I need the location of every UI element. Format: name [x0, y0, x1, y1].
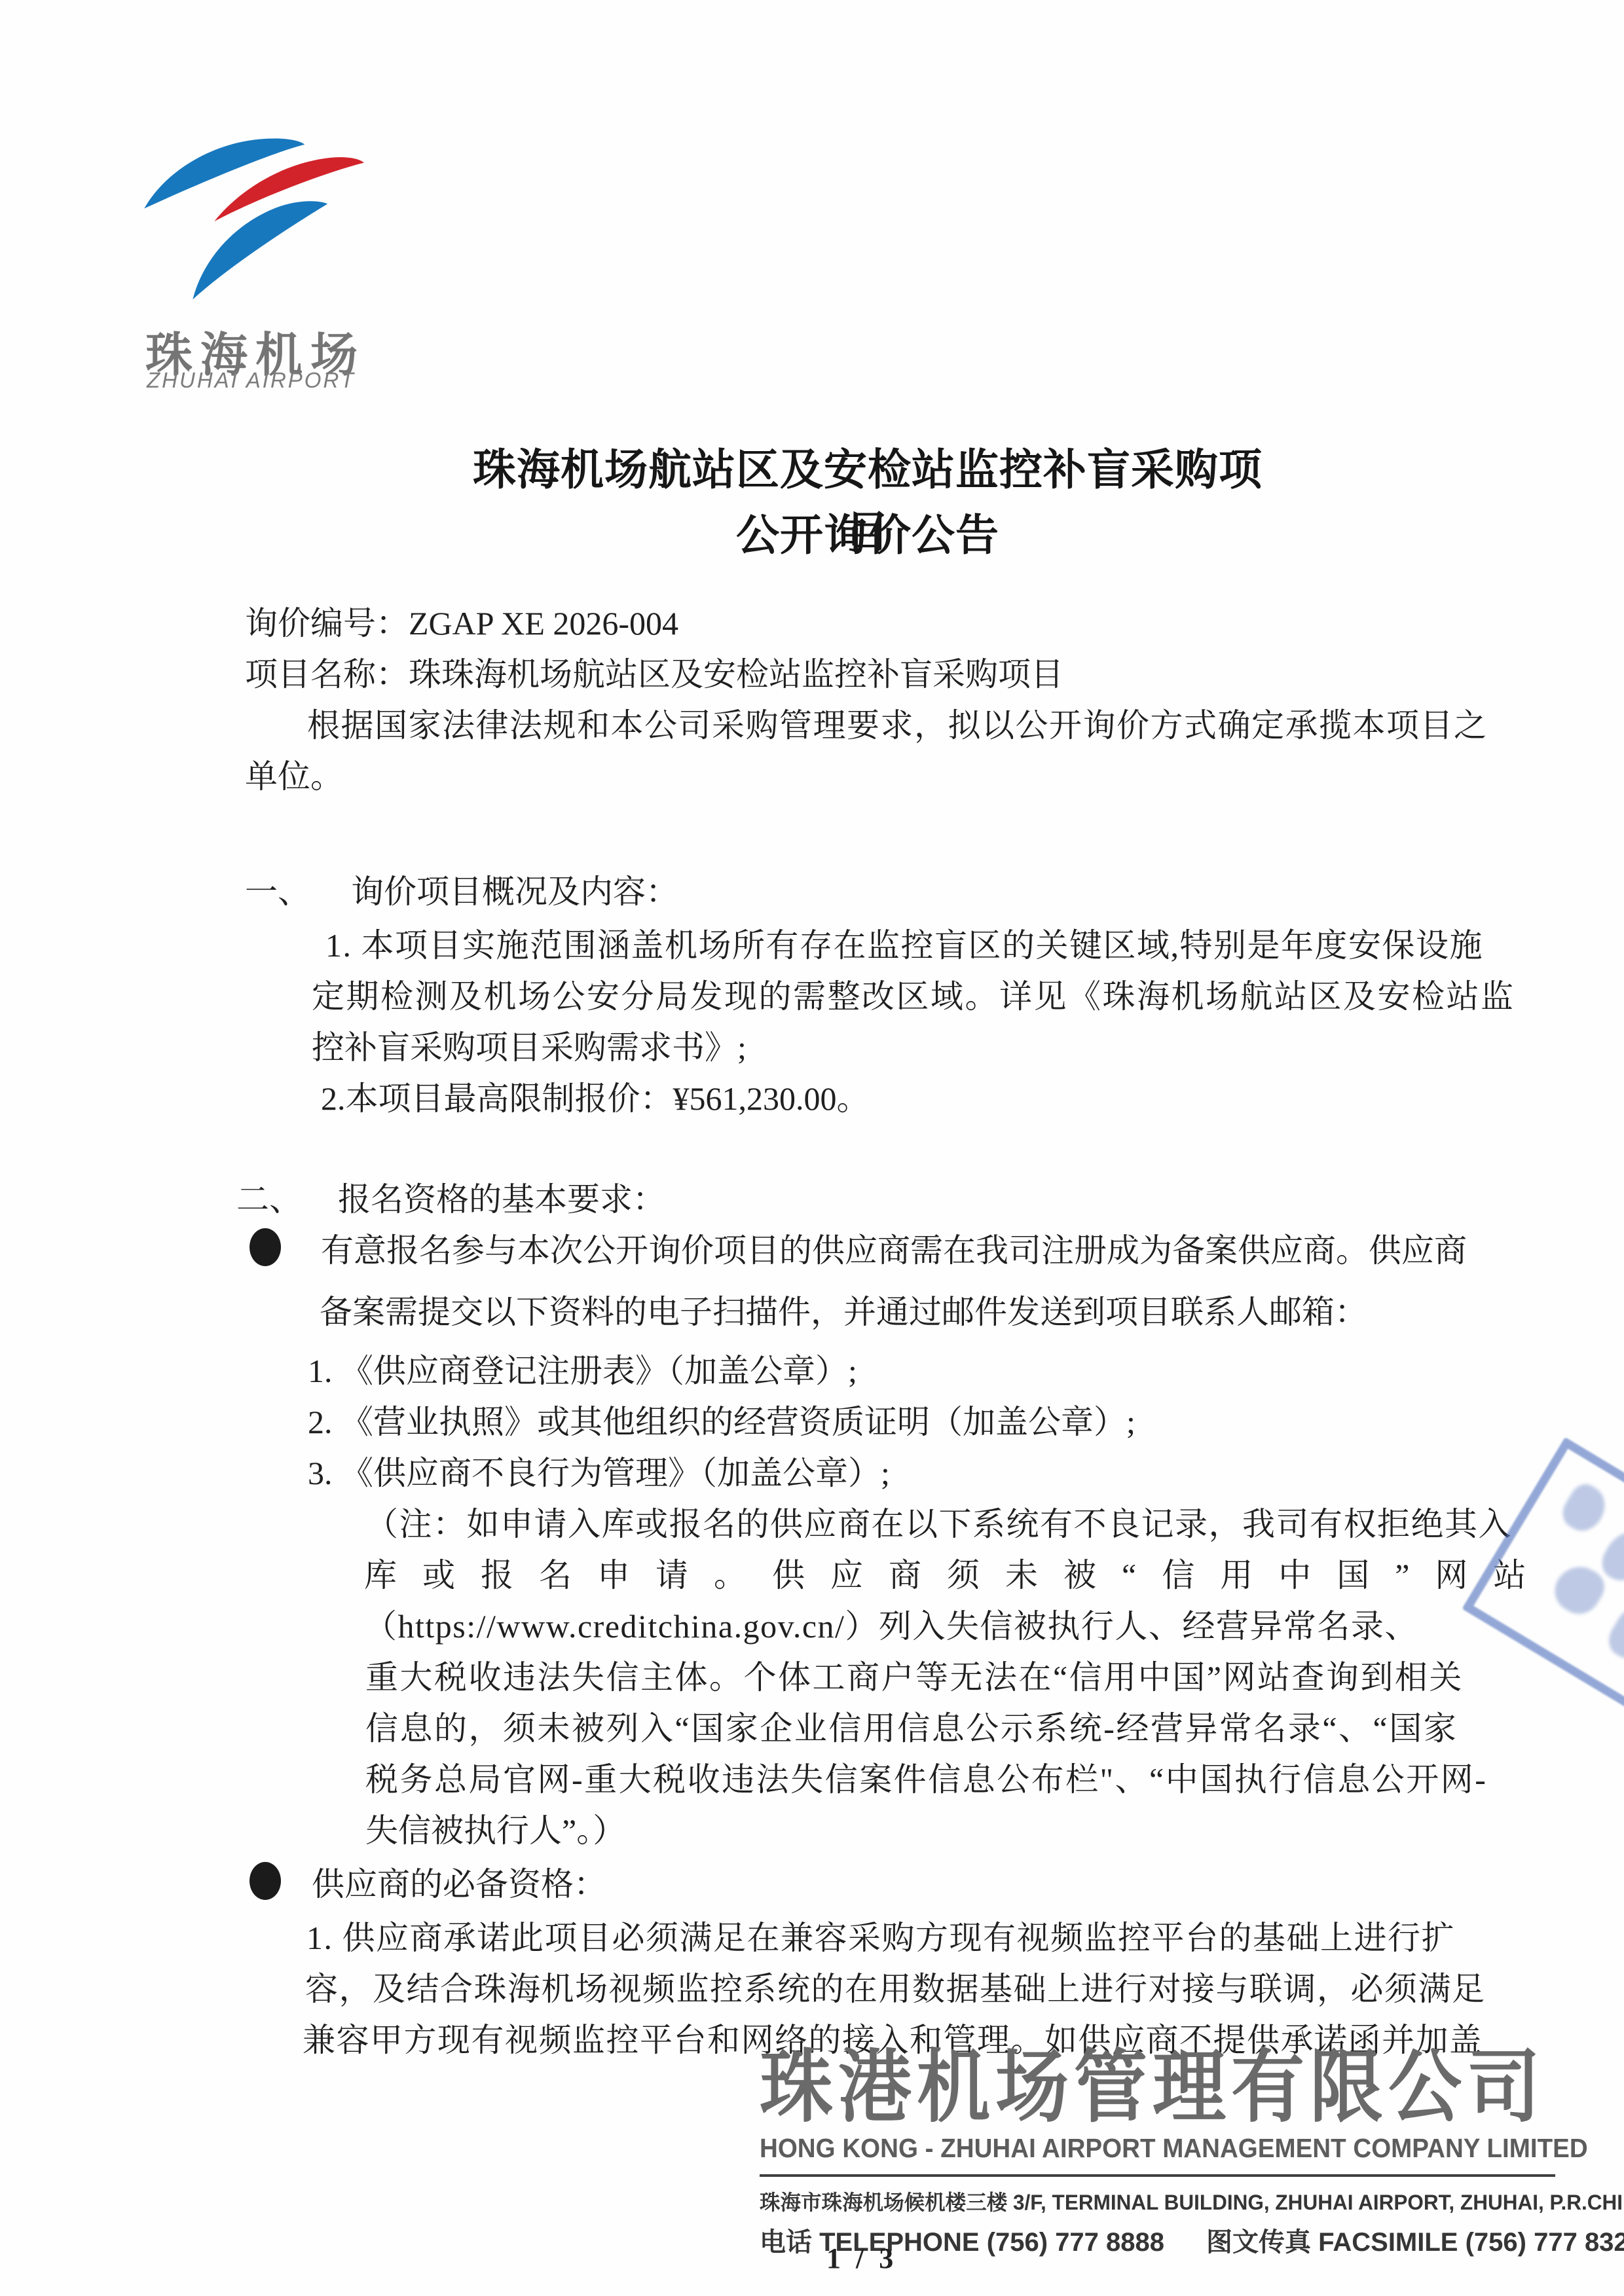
section2-number: 二、	[236, 1181, 302, 1218]
bullet-line: 备案需提交以下资料的电子扫描件，并通过邮件发送到项目联系人邮箱：	[320, 1291, 1367, 1333]
section1-item-line: 定期检测及机场公安分局发现的需整改区域。详见《珠海机场航站区及安检站监	[312, 975, 1515, 1017]
footer-telephone: 电话 TELEPHONE (756) 777 8888	[760, 2221, 1164, 2259]
note-line: 税务总局官网-重大税收违法失信案件信息公布栏"、“中国执行信息公开网-	[365, 1758, 1487, 1800]
footer-company-name-en: HONG KONG - ZHUHAI AIRPORT MANAGEMENT CO…	[760, 2133, 1507, 2164]
inquiry-number-line: 询价编号：ZGAP XE 2026-004	[245, 602, 678, 644]
section1-heading: 一、询价项目概况及内容：	[245, 871, 678, 913]
section1-heading-text: 询价项目概况及内容：	[351, 873, 678, 910]
required-doc-line: 1. 《供应商登记注册表》（加盖公章）;	[308, 1350, 857, 1392]
note-line: （注：如申请入库或报名的供应商在以下系统有不良记录，我司有权拒绝其入	[365, 1503, 1512, 1545]
page-number: 1 / 3	[826, 2242, 897, 2275]
footer-company-name-cn: 珠港机场管理有限公司	[760, 2048, 1555, 2127]
footer-divider	[760, 2174, 1555, 2177]
intro-line: 根据国家法律法规和本公司采购管理要求，拟以公开询价方式确定承揽本项目之	[307, 704, 1488, 746]
section1-item-line: 控补盲采购项目采购需求书》;	[312, 1027, 747, 1068]
section2-heading-text: 报名资格的基本要求：	[338, 1181, 665, 1218]
bullet-dot	[249, 1862, 281, 1900]
section2-heading: 二、报名资格的基本要求：	[236, 1178, 665, 1220]
document-page: 珠海机场 ZHUHAI AIRPORT 珠海机场航站区及安检站监控补盲采购项目 …	[0, 0, 1624, 2296]
note-line: 库或报名申请。供应商须未被“信用中国”网站	[364, 1554, 1551, 1596]
footer-address: 珠海市珠海机场候机楼三楼 3/F, TERMINAL BUILDING, ZHU…	[760, 2186, 1543, 2216]
note-line: 失信被执行人”。）	[365, 1810, 625, 1851]
required-doc-line: 2. 《营业执照》或其他组织的经营资质证明（加盖公章）;	[308, 1401, 1135, 1443]
document-title-line2: 公开询价公告	[452, 500, 1283, 562]
logo-english-name: ZHUHAI AIRPORT	[147, 368, 356, 393]
blue-control-stamp	[1462, 1437, 1624, 1776]
project-name-line: 项目名称：珠珠海机场航站区及安检站监控补盲采购项目	[245, 653, 1063, 695]
stamp-glyph-mark	[1547, 1558, 1610, 1622]
section1-item-line: 1. 本项目实施范围涵盖机场所有存在监控盲区的关键区域,特别是年度安保设施	[325, 924, 1483, 966]
stamp-glyph-mark	[1557, 1479, 1613, 1538]
note-line: （https://www.creditchina.gov.cn/）列入失信被执行…	[364, 1605, 1418, 1647]
required-doc-line: 3. 《供应商不良行为管理》（加盖公章）;	[308, 1452, 890, 1494]
airport-logo-swoosh-icon	[139, 131, 368, 308]
section1-item-line: 2.本项目最高限制报价：¥561,230.00。	[321, 1078, 870, 1120]
section1-number: 一、	[245, 873, 310, 910]
note-line: 信息的，须未被列入“国家企业信用信息公示系统-经营异常名录“、“国家	[365, 1707, 1458, 1749]
zhuhai-airport-logo: 珠海机场 ZHUHAI AIRPORT	[139, 131, 375, 308]
bullet-line: 有意报名参与本次公开询价项目的供应商需在我司注册成为备案供应商。供应商	[321, 1230, 1467, 1271]
letterhead-footer: 珠港机场管理有限公司 HONG KONG - ZHUHAI AIRPORT MA…	[760, 2048, 1555, 2259]
stamp-glyph-mark	[1602, 1603, 1624, 1667]
note-line: 重大税收违法失信主体。个体工商户等无法在“信用中国”网站查询到相关	[365, 1656, 1464, 1698]
qualification-line: 1. 供应商承诺此项目必须满足在兼容采购方现有视频监控平台的基础上进行扩	[306, 1917, 1455, 1959]
bullet-heading: 供应商的必备资格：	[312, 1863, 606, 1905]
footer-facsimile: 图文传真 FACSIMILE (756) 777 8325	[1206, 2221, 1624, 2259]
bullet-dot	[249, 1228, 281, 1266]
qualification-line: 容，及结合珠海机场视频监控系统的在用数据基础上进行对接与联调，必须满足	[305, 1968, 1486, 2010]
intro-line: 单位。	[245, 756, 343, 797]
